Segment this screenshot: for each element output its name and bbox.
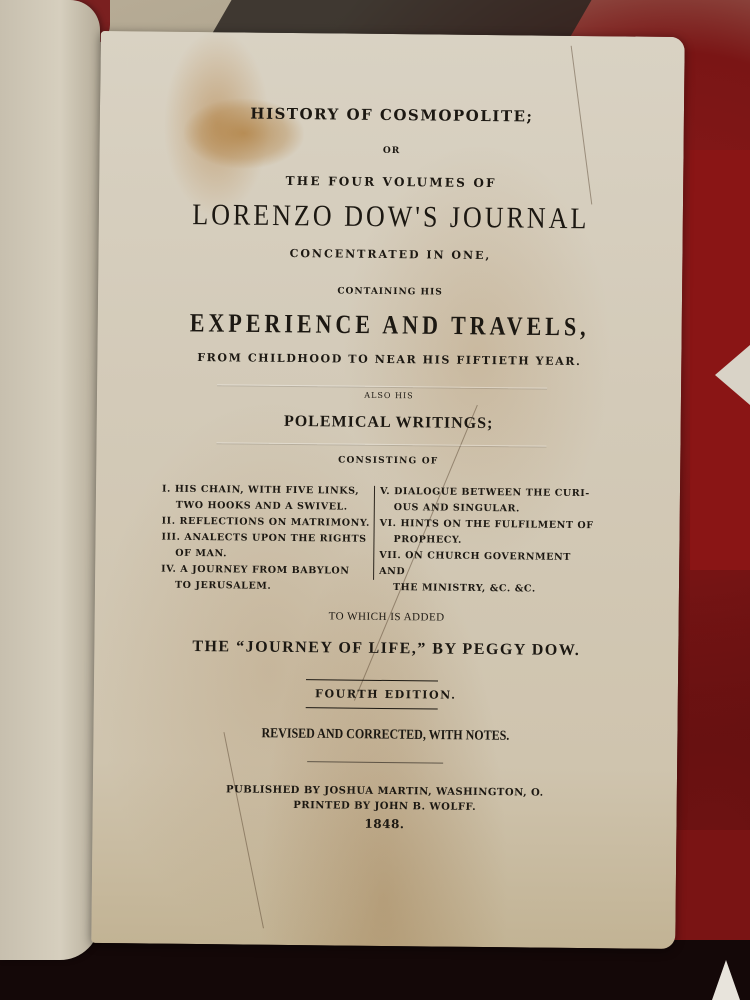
section-title: EXPERIENCE AND TRAVELS, xyxy=(98,306,682,343)
subtitle-line: FROM CHILDHOOD TO NEAR HIS FIFTIETH YEAR… xyxy=(97,350,681,369)
subtitle-line: CONTAINING HIS xyxy=(98,284,682,300)
list-item: V. DIALOGUE BETWEEN THE CURI- OUS AND SI… xyxy=(380,484,600,518)
section-title: THE “JOURNEY OF LIFE,” BY PEGGY DOW. xyxy=(94,637,678,661)
list-item: I. HIS CHAIN, WITH FIVE LINKS, TWO HOOKS… xyxy=(162,482,376,516)
revised-line: REVISED AND CORRECTED, WITH NOTES. xyxy=(93,723,677,746)
section-title: POLEMICAL WRITINGS; xyxy=(97,411,681,435)
subtitle-line: TO WHICH IS ADDED xyxy=(95,608,679,626)
rule-top xyxy=(306,679,438,681)
contents-right-column: V. DIALOGUE BETWEEN THE CURI- OUS AND SI… xyxy=(379,484,600,598)
subtitle-line: CONSISTING OF xyxy=(96,453,680,469)
title-page: HISTORY OF COSMOPOLITE; OR THE FOUR VOLU… xyxy=(91,31,685,949)
title-page-text: HISTORY OF COSMOPOLITE; OR THE FOUR VOLU… xyxy=(91,31,685,949)
rule-divider xyxy=(307,761,443,763)
or-line: OR xyxy=(100,143,684,159)
year-line: 1848. xyxy=(92,814,676,834)
rug-pattern-white xyxy=(715,345,750,405)
title-line: HISTORY OF COSMOPOLITE; xyxy=(100,103,684,127)
contents-left-column: I. HIS CHAIN, WITH FIVE LINKS, TWO HOOKS… xyxy=(161,482,376,596)
list-item: VI. HINTS ON THE FULFILMENT OF PROPHECY. xyxy=(379,516,599,550)
left-page xyxy=(0,0,100,960)
main-title: LORENZO DOW'S JOURNAL xyxy=(99,197,683,238)
rule-bottom xyxy=(306,707,438,709)
rug-shadow xyxy=(0,940,750,1000)
rug-pattern-white-bottom xyxy=(712,960,740,1000)
emboss-line xyxy=(217,384,547,388)
emboss-line xyxy=(216,442,546,446)
publisher-line: PUBLISHED BY JOSHUA MARTIN, WASHINGTON, … xyxy=(93,783,677,800)
list-item: VII. ON CHURCH GOVERNMENT AND THE MINIST… xyxy=(379,548,599,598)
list-item: IV. A JOURNEY FROM BABYLON TO JERUSALEM. xyxy=(161,562,375,596)
list-item: III. ANALECTS UPON THE RIGHTS OF MAN. xyxy=(161,530,375,564)
contents-list: I. HIS CHAIN, WITH FIVE LINKS, TWO HOOKS… xyxy=(162,482,592,487)
printer-line: PRINTED BY JOHN B. WOLFF. xyxy=(93,798,677,815)
subtitle-line: ALSO HIS xyxy=(97,388,681,403)
edition-line: FOURTH EDITION. xyxy=(94,685,678,704)
subtitle-line: CONCENTRATED IN ONE, xyxy=(98,245,682,264)
subtitle-line: THE FOUR VOLUMES OF xyxy=(99,172,683,192)
